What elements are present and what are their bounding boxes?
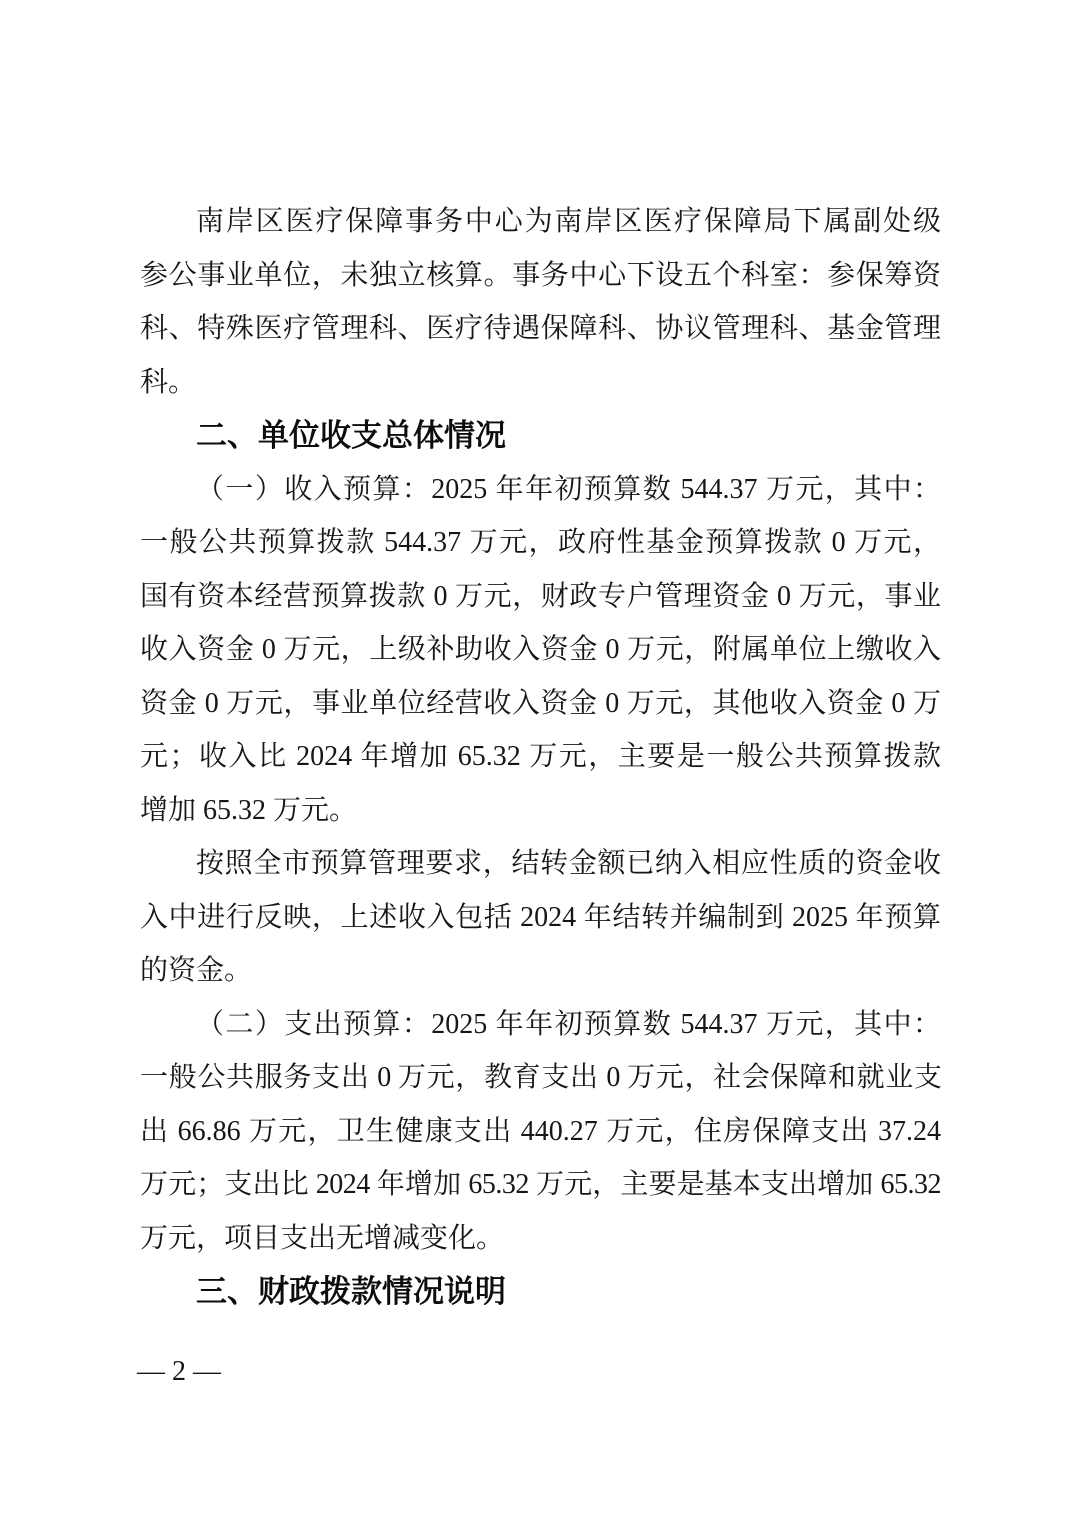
- income-budget-line: （一）收入预算：2025 年年初预算数 544.37 万元，其中：: [140, 463, 941, 517]
- expenditure-budget-line: 一般公共服务支出 0 万元，教育支出 0 万元，社会保障和就业支: [140, 1051, 941, 1105]
- income-budget-line: 国有资本经营预算拨款 0 万元，财政专户管理资金 0 万元，事业: [140, 570, 941, 624]
- section-heading-fiscal-appropriation: 三、财政拨款情况说明: [140, 1265, 941, 1319]
- intro-paragraph-line: 科。: [140, 356, 941, 410]
- expenditure-budget-line: 出 66.86 万元，卫生健康支出 440.27 万元，住房保障支出 37.24: [140, 1105, 941, 1159]
- intro-paragraph-line: 科、特殊医疗管理科、医疗待遇保障科、协议管理科、基金管理: [140, 302, 941, 356]
- carryover-note-line: 按照全市预算管理要求，结转金额已纳入相应性质的资金收: [140, 837, 941, 891]
- expenditure-budget-line: 万元；支出比 2024 年增加 65.32 万元，主要是基本支出增加 65.32: [140, 1158, 941, 1212]
- expenditure-budget-line: 万元，项目支出无增减变化。: [140, 1212, 941, 1266]
- page-number: — 2 —: [137, 1352, 221, 1392]
- intro-paragraph-line: 参公事业单位，未独立核算。事务中心下设五个科室：参保筹资: [140, 249, 941, 303]
- intro-paragraph-line: 南岸区医疗保障事务中心为南岸区医疗保障局下属副处级: [140, 195, 941, 249]
- income-budget-line: 收入资金 0 万元，上级补助收入资金 0 万元，附属单位上缴收入: [140, 623, 941, 677]
- carryover-note-line: 入中进行反映，上述收入包括 2024 年结转并编制到 2025 年预算: [140, 891, 941, 945]
- section-heading-income-expenditure: 二、单位收支总体情况: [140, 409, 941, 463]
- expenditure-budget-line: （二）支出预算：2025 年年初预算数 544.37 万元，其中：: [140, 998, 941, 1052]
- carryover-note-line: 的资金。: [140, 944, 941, 998]
- income-budget-line: 增加 65.32 万元。: [140, 784, 941, 838]
- income-budget-line: 一般公共预算拨款 544.37 万元，政府性基金预算拨款 0 万元，: [140, 516, 941, 570]
- income-budget-line: 元；收入比 2024 年增加 65.32 万元，主要是一般公共预算拨款: [140, 730, 941, 784]
- income-budget-line: 资金 0 万元，事业单位经营收入资金 0 万元，其他收入资金 0 万: [140, 677, 941, 731]
- document-page: 南岸区医疗保障事务中心为南岸区医疗保障局下属副处级 参公事业单位，未独立核算。事…: [0, 0, 1074, 1520]
- document-text-block: 南岸区医疗保障事务中心为南岸区医疗保障局下属副处级 参公事业单位，未独立核算。事…: [140, 195, 941, 1319]
